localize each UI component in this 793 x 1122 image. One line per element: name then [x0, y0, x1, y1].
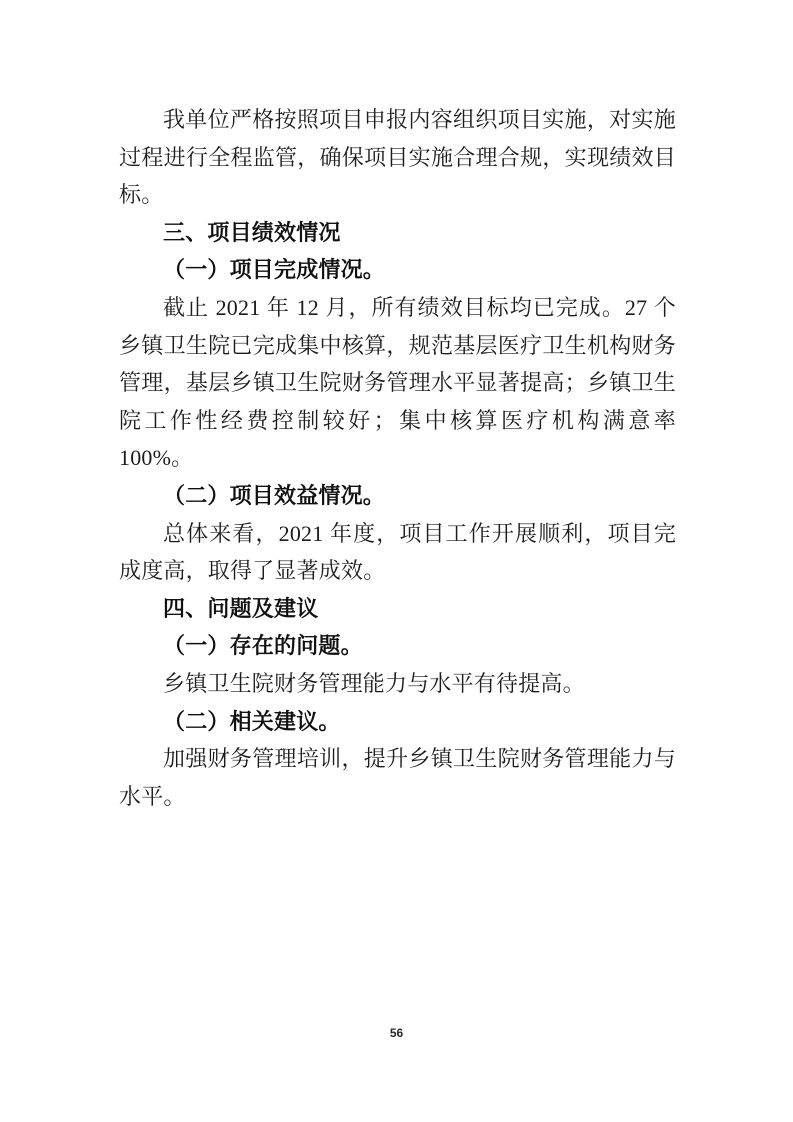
- paragraph-heading2: （一）存在的问题。: [119, 627, 676, 665]
- document-page: 我单位严格按照项目申报内容组织项目实施，对实施过程进行全程监管，确保项目实施合理…: [0, 0, 793, 1122]
- paragraph-heading1: 三、项目绩效情况: [119, 214, 676, 252]
- paragraph-heading2: （二）项目效益情况。: [119, 477, 676, 515]
- page-footer: 56: [0, 1024, 793, 1042]
- paragraph-body: 加强财务管理培训，提升乡镇卫生院财务管理能力与水平。: [119, 740, 676, 815]
- paragraph-body: 总体来看，2021 年度，项目工作开展顺利，项目完成度高，取得了显著成效。: [119, 515, 676, 590]
- paragraph-body: 我单位严格按照项目申报内容组织项目实施，对实施过程进行全程监管，确保项目实施合理…: [119, 101, 676, 214]
- paragraph-heading1: 四、问题及建议: [119, 590, 676, 628]
- page-number: 56: [390, 1026, 403, 1040]
- paragraph-heading2: （二）相关建议。: [119, 703, 676, 741]
- document-content: 我单位严格按照项目申报内容组织项目实施，对实施过程进行全程监管，确保项目实施合理…: [119, 101, 676, 815]
- paragraph-body: 截止 2021 年 12 月，所有绩效目标均已完成。27 个乡镇卫生院已完成集中…: [119, 289, 676, 477]
- paragraph-heading2: （一）项目完成情况。: [119, 251, 676, 289]
- paragraph-body: 乡镇卫生院财务管理能力与水平有待提高。: [119, 665, 676, 703]
